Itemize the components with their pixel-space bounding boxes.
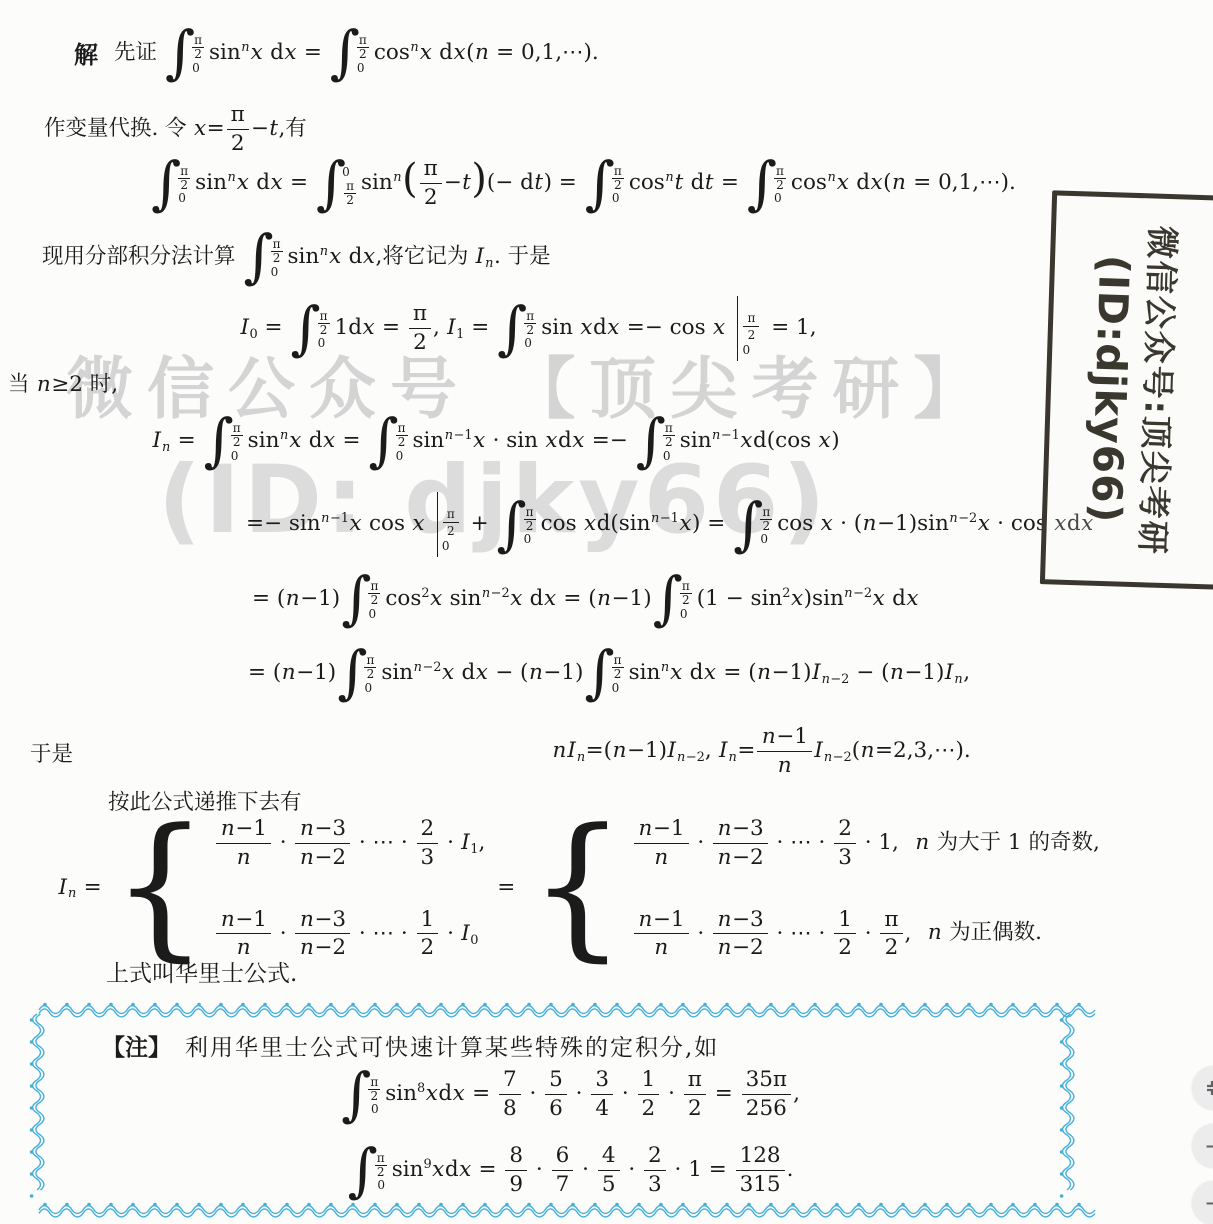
note-label: 【注】 — [102, 1029, 171, 1062]
minus-icon: − — [1204, 1189, 1213, 1217]
when-n-ge-2: 当 n≥2 时, — [8, 372, 118, 399]
plus-icon: + — [1204, 1132, 1213, 1160]
stamp-account-text: 微信公众号:顶尖考研 — [1131, 225, 1188, 557]
parts-intro: 现用分部积分法计算 ∫π20sinnx dx,将它记为 In. 于是 — [42, 232, 551, 281]
recurrence-equation: nIn=(n−1)In−2, In=n−1nIn−2(n=2,3,⋯). — [552, 724, 971, 779]
wallis-odd-condition: n 为大于 1 的奇数, — [915, 830, 1100, 857]
substitution-equation: ∫π20sinnx dx = ∫0π2sinn(π2−t)(− dt) = ∫π… — [150, 156, 1016, 211]
zoom-in-button[interactable]: + — [1192, 1124, 1213, 1168]
note-box: 【注】 利用华里士公式可快速计算某些特殊的定积分,如 ∫π20sin8xdx =… — [30, 1003, 1110, 1217]
wavy-border-top — [38, 1001, 1102, 1019]
base-cases-equation: I0 = ∫π201dx = π2, I1 = ∫π20sin xdx =− c… — [240, 296, 817, 361]
note-equation-sin8: ∫π20sin8xdx = 78 · 56 · 34 · 12 · π2 = 3… — [50, 1067, 1090, 1122]
wallis-right-column: n−1n · n−3n−2 · ⋯ · 23 · 1, n 为大于 1 的奇数,… — [632, 816, 1100, 961]
textbook-page: 微信公众号 【顶尖考研】 (ID: djky66) 解 先证 ∫π20sinnx… — [0, 0, 1213, 1224]
stamp-id-text: (ID:djky66) — [1082, 254, 1138, 524]
zoom-fit-button[interactable] — [1192, 1066, 1213, 1110]
wallis-even-raw: n−1n · n−3n−2 · ⋯ · 12 · I0 — [214, 907, 478, 962]
zoom-out-button[interactable]: − — [1192, 1181, 1213, 1224]
fit-to-screen-icon — [1204, 1078, 1213, 1098]
wechat-stamp: 微信公众号:顶尖考研 (ID:djky66) — [1040, 190, 1213, 589]
note-content: 【注】 利用华里士公式可快速计算某些特殊的定积分,如 ∫π20sin8xdx =… — [50, 1021, 1090, 1203]
note-text: 利用华里士公式可快速计算某些特殊的定积分,如 — [185, 1029, 719, 1062]
cases-equals: = — [497, 875, 515, 902]
derivation-line-1: In = ∫π20sinnx dx = ∫π20sinn−1x · sin xd… — [152, 416, 840, 465]
derivation-line-2: =− sinn−1x cos x π20 + ∫π20cos xd(sinn−1… — [246, 492, 1094, 557]
solution-label: 解 — [74, 35, 98, 70]
wallis-even-value: n−1n · n−3n−2 · ⋯ · 12 · π2, — [632, 907, 911, 962]
claim-formula: 先证 ∫π20sinnx dx = ∫π20cosnx dx(n = 0,1,⋯… — [114, 28, 599, 77]
wallis-left-column: n−1n · n−3n−2 · ⋯ · 23 · I1, n−1n · n−3n… — [214, 816, 485, 961]
solution-first-line: 解 先证 ∫π20sinnx dx = ∫π20cosnx dx(n = 0,1… — [74, 28, 599, 77]
note-head: 【注】 利用华里士公式可快速计算某些特殊的定积分,如 — [102, 1029, 719, 1062]
derivation-line-4: = (n−1)∫π20sinn−2x dx − (n−1)∫π20sinnx d… — [248, 648, 970, 697]
wallis-odd-raw: n−1n · n−3n−2 · ⋯ · 23 · I1, — [214, 816, 485, 871]
note-equation-sin9: ∫π20sin9xdx = 89 · 67 · 45 · 23 · 1 = 12… — [50, 1143, 1090, 1198]
thus-label: 于是 — [30, 742, 73, 769]
wallis-lead: In = — [58, 875, 102, 903]
wavy-border-left — [28, 1013, 46, 1209]
wallis-odd-value: n−1n · n−3n−2 · ⋯ · 23 · 1, — [632, 816, 899, 871]
wallis-formula-block: In = { n−1n · n−3n−2 · ⋯ · 23 · I1, n−1n… — [58, 816, 1100, 961]
formula-name-line: 上式叫华里士公式. — [106, 960, 297, 989]
wavy-border-bottom — [38, 1201, 1102, 1219]
wallis-even-condition: n 为正偶数. — [927, 920, 1042, 947]
derivation-line-3: = (n−1)∫π20cos2x sinn−2x dx = (n−1)∫π20(… — [252, 574, 919, 623]
